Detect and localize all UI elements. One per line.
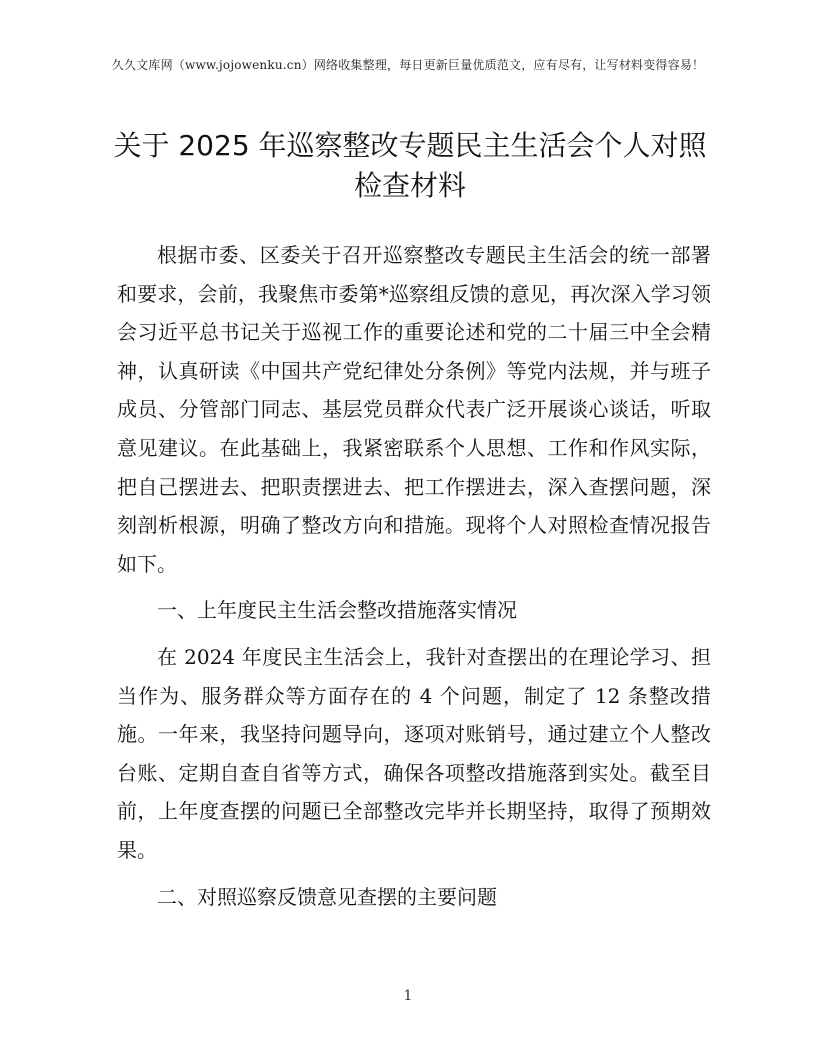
document-body: 根据市委、区委关于召开巡察整改专题民主生活会的统一部署和要求，会前，我聚焦市委第…	[117, 236, 711, 924]
section-1-paragraph: 在 2024 年度民主生活会上，我针对查摆出的在理论学习、担当作为、服务群众等方…	[117, 638, 711, 870]
page-number: 1	[0, 988, 816, 1004]
section-heading-1: 一、上年度民主生活会整改措施落实情况	[117, 591, 711, 630]
document-title: 关于 2025 年巡察整改专题民主生活会个人对照检查材料	[100, 126, 720, 206]
section-heading-2: 二、对照巡察反馈意见查摆的主要问题	[117, 878, 711, 917]
intro-paragraph: 根据市委、区委关于召开巡察整改专题民主生活会的统一部署和要求，会前，我聚焦市委第…	[117, 236, 711, 583]
page-header-banner: 久久文库网（www.jojowenku.cn）网络收集整理，每日更新巨量优质范文…	[0, 56, 816, 73]
